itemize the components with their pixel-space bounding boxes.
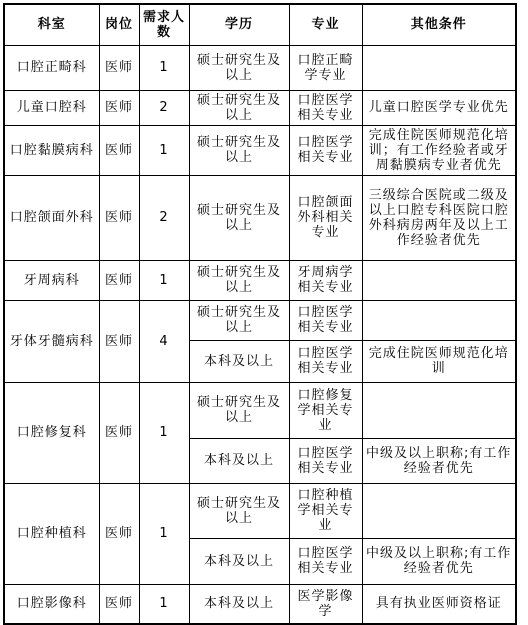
table-row: 儿童口腔科 医师 2 硕士研究生及以上 口腔医学相关专业 儿童口腔医学专业优先 — [4, 90, 516, 125]
degree-cell: 本科及以上 — [189, 584, 289, 624]
other-cell: 儿童口腔医学专业优先 — [362, 90, 516, 125]
recruitment-table-container: 科室 岗位 需求人数 学历 专业 其他条件 口腔正畸科 医师 1 硕士研究生及以… — [3, 3, 517, 625]
header-row: 科室 岗位 需求人数 学历 专业 其他条件 — [4, 4, 516, 45]
table-row: 口腔黏膜病科 医师 1 硕士研究生及以上 口腔医学相关专业 完成住院医师规范化培… — [4, 125, 516, 175]
major-cell: 口腔颌面外科相关专业 — [289, 175, 362, 260]
header-count: 需求人数 — [139, 4, 189, 45]
header-post: 岗位 — [99, 4, 139, 45]
other-cell — [362, 483, 516, 538]
dept-cell: 口腔修复科 — [4, 382, 99, 483]
header-degree: 学历 — [189, 4, 289, 45]
degree-cell: 本科及以上 — [189, 438, 289, 483]
major-cell: 口腔医学相关专业 — [289, 300, 362, 340]
table-row: 牙体牙髓病科 医师 4 硕士研究生及以上 口腔医学相关专业 — [4, 300, 516, 340]
other-cell — [362, 45, 516, 90]
header-major: 专业 — [289, 4, 362, 45]
major-cell: 口腔正畸学专业 — [289, 45, 362, 90]
count-cell: 1 — [139, 45, 189, 90]
count-cell: 1 — [139, 125, 189, 175]
major-cell: 医学影像学 — [289, 584, 362, 624]
other-cell — [362, 300, 516, 340]
major-cell: 口腔修复学相关专业 — [289, 382, 362, 438]
dept-cell: 口腔影像科 — [4, 584, 99, 624]
post-cell: 医师 — [99, 483, 139, 584]
count-cell: 2 — [139, 90, 189, 125]
major-cell: 牙周病学相关专业 — [289, 260, 362, 300]
count-cell: 1 — [139, 483, 189, 584]
degree-cell: 硕士研究生及以上 — [189, 175, 289, 260]
degree-cell: 硕士研究生及以上 — [189, 125, 289, 175]
major-cell: 口腔医学相关专业 — [289, 438, 362, 483]
post-cell: 医师 — [99, 175, 139, 260]
post-cell: 医师 — [99, 45, 139, 90]
major-cell: 口腔医学相关专业 — [289, 340, 362, 382]
degree-cell: 硕士研究生及以上 — [189, 382, 289, 438]
dept-cell: 儿童口腔科 — [4, 90, 99, 125]
table-row: 口腔种植科 医师 1 硕士研究生及以上 口腔种植学相关专业 — [4, 483, 516, 538]
recruitment-table: 科室 岗位 需求人数 学历 专业 其他条件 口腔正畸科 医师 1 硕士研究生及以… — [3, 3, 517, 625]
table-row: 口腔修复科 医师 1 硕士研究生及以上 口腔修复学相关专业 — [4, 382, 516, 438]
degree-cell: 硕士研究生及以上 — [189, 260, 289, 300]
other-cell — [362, 260, 516, 300]
major-cell: 口腔医学相关专业 — [289, 538, 362, 584]
major-cell: 口腔医学相关专业 — [289, 125, 362, 175]
header-dept: 科室 — [4, 4, 99, 45]
post-cell: 医师 — [99, 90, 139, 125]
dept-cell: 口腔黏膜病科 — [4, 125, 99, 175]
count-cell: 1 — [139, 584, 189, 624]
degree-cell: 硕士研究生及以上 — [189, 90, 289, 125]
degree-cell: 硕士研究生及以上 — [189, 483, 289, 538]
dept-cell: 口腔正畸科 — [4, 45, 99, 90]
degree-cell: 硕士研究生及以上 — [189, 45, 289, 90]
count-cell: 1 — [139, 260, 189, 300]
dept-cell: 口腔种植科 — [4, 483, 99, 584]
other-cell: 完成住院医师规范化培训；有工作经验者或牙周黏膜病专业者优先 — [362, 125, 516, 175]
other-cell: 中级及以上职称;有工作经验者优先 — [362, 538, 516, 584]
table-row: 口腔正畸科 医师 1 硕士研究生及以上 口腔正畸学专业 — [4, 45, 516, 90]
header-other: 其他条件 — [362, 4, 516, 45]
count-cell: 4 — [139, 300, 189, 382]
table-row: 口腔影像科 医师 1 本科及以上 医学影像学 具有执业医师资格证 — [4, 584, 516, 624]
post-cell: 医师 — [99, 584, 139, 624]
degree-cell: 硕士研究生及以上 — [189, 300, 289, 340]
table-row: 口腔颌面外科 医师 2 硕士研究生及以上 口腔颌面外科相关专业 三级综合医院或二… — [4, 175, 516, 260]
major-cell: 口腔种植学相关专业 — [289, 483, 362, 538]
degree-cell: 本科及以上 — [189, 538, 289, 584]
major-cell: 口腔医学相关专业 — [289, 90, 362, 125]
other-cell: 具有执业医师资格证 — [362, 584, 516, 624]
post-cell: 医师 — [99, 300, 139, 382]
post-cell: 医师 — [99, 382, 139, 483]
post-cell: 医师 — [99, 125, 139, 175]
other-cell: 中级及以上职称;有工作经验者优先 — [362, 438, 516, 483]
other-cell: 三级综合医院或二级及以上口腔专科医院口腔外科病房两年及以上工作经验者优先 — [362, 175, 516, 260]
table-row: 牙周病科 医师 1 硕士研究生及以上 牙周病学相关专业 — [4, 260, 516, 300]
post-cell: 医师 — [99, 260, 139, 300]
other-cell — [362, 382, 516, 438]
dept-cell: 口腔颌面外科 — [4, 175, 99, 260]
count-cell: 1 — [139, 382, 189, 483]
count-cell: 2 — [139, 175, 189, 260]
other-cell: 完成住院医师规范化培训 — [362, 340, 516, 382]
degree-cell: 本科及以上 — [189, 340, 289, 382]
dept-cell: 牙周病科 — [4, 260, 99, 300]
dept-cell: 牙体牙髓病科 — [4, 300, 99, 382]
